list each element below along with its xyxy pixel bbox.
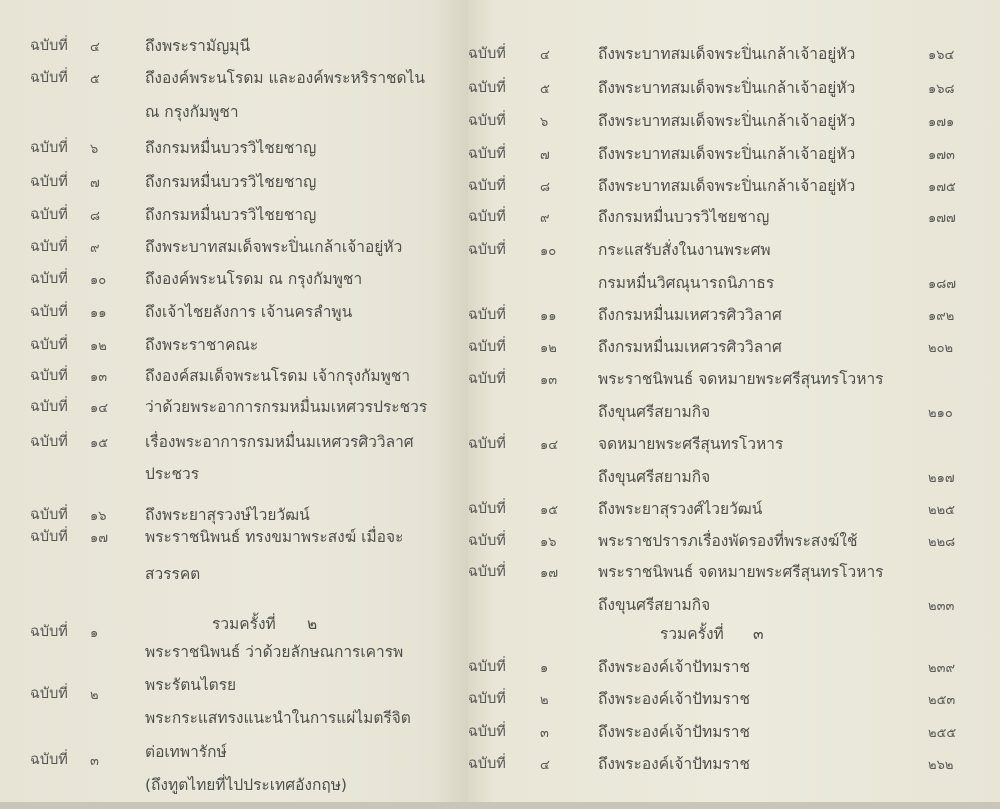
entry-title: จดหมายพระศรีสุนทรโวหาร: [598, 431, 783, 456]
entry-title: ถึงกรมหมื่นบวรวิไชยชาญ: [145, 202, 316, 227]
entry-label: ฉบับที่: [30, 66, 68, 89]
entry-title: ถึงพระองค์เจ้าปัทมราช: [598, 751, 750, 776]
entry-page-number: ๑๗๓: [928, 144, 955, 165]
entry-title: กระแสรับสั่งในงานพระศพ: [598, 237, 771, 262]
entry-title: ถึงพระบาทสมเด็จพระปิ่นเกล้าเจ้าอยู่หัว: [598, 173, 855, 198]
entry-label: ฉบับที่: [30, 364, 68, 387]
entry-number: ๖: [540, 111, 548, 132]
entry-page-number: ๑๖๘: [928, 78, 955, 99]
entry-number: ๑๗: [540, 562, 558, 583]
entry-label: ฉบับที่: [30, 682, 68, 705]
entry-label: ฉบับที่: [30, 525, 68, 548]
entry-title-continued: ประชวร: [145, 461, 199, 486]
entry-title: ถึงพระราชาคณะ: [145, 332, 258, 357]
entry-number: ๕: [90, 68, 100, 89]
entry-title: ถึงพระบาทสมเด็จพระปิ่นเกล้าเจ้าอยู่หัว: [598, 108, 855, 133]
entry-number: ๑๕: [540, 499, 558, 520]
entry-number: ๑: [540, 657, 548, 678]
entry-number: ๑๔: [90, 397, 108, 418]
entry-label: ฉบับที่: [468, 720, 506, 743]
entry-page-number: ๒๐๒: [928, 337, 953, 358]
entry-number: ๑๔: [540, 434, 558, 455]
entry-label: ฉบับที่: [468, 238, 506, 261]
entry-label: ฉบับที่: [468, 560, 506, 583]
entry-title: ถึงพระองค์เจ้าปัทมราช: [598, 686, 750, 711]
entry-number: ๑: [90, 622, 98, 643]
entry-title: พระราชนิพนธ์ จดหมายพระศรีสุนทรโวหาร: [598, 559, 884, 584]
entry-number: ๑๑: [540, 305, 557, 326]
entry-label: ฉบับที่: [30, 430, 68, 453]
entry-title: ถึงพระยาสุรวงศ์ไวยวัฒน์: [598, 496, 762, 521]
entry-page-number: ๑๗๗: [928, 207, 956, 228]
entry-page-number: ๒๓๓: [928, 595, 954, 616]
entry-number: ๗: [90, 172, 100, 193]
entry-label: ฉบับที่: [30, 235, 68, 258]
entry-number: ๓: [540, 722, 549, 743]
entry-title: พระราชนิพนธ์ ว่าด้วยลักษณการเคารพ: [145, 639, 403, 664]
entry-title: ถึงเจ้าไชยลังการ เจ้านครลำพูน: [145, 299, 352, 324]
entry-label: ฉบับที่: [468, 76, 506, 99]
section-number: ๓: [753, 621, 764, 646]
entry-page-number: ๒๑๗: [928, 467, 955, 488]
entry-number: ๑๐: [540, 240, 556, 261]
entry-number: ๙: [540, 207, 550, 228]
entry-number: ๔: [540, 44, 550, 65]
entry-label: ฉบับที่: [30, 34, 68, 57]
entry-label: ฉบับที่: [468, 42, 506, 65]
entry-number: ๗: [540, 144, 550, 165]
section-heading: รวมครั้งที่: [660, 621, 724, 646]
right-page: ฉบับที่๔ถึงพระบาทสมเด็จพระปิ่นเกล้าเจ้าอ…: [468, 0, 1000, 802]
entry-label: ฉบับที่: [468, 205, 506, 228]
entry-title: เรื่องพระอาการกรมหมื่นมเหศวรศิววิลาศ: [145, 429, 414, 454]
entry-label: ฉบับที่: [30, 136, 68, 159]
entry-number: ๑๒: [90, 335, 107, 356]
entry-label: ฉบับที่: [468, 142, 506, 165]
entry-title-continued: สวรรคต: [145, 561, 200, 586]
entry-page-number: ๒๖๒: [928, 754, 953, 775]
entry-label: ฉบับที่: [30, 333, 68, 356]
entry-title: ถึงกรมหมื่นบวรวิไชยชาญ: [145, 169, 316, 194]
entry-title: ถึงพระบาทสมเด็จพระปิ่นเกล้าเจ้าอยู่หัว: [145, 234, 402, 259]
entry-title: ถึงกรมหมื่นบวรวิไชยชาญ: [145, 135, 316, 160]
left-page: ฉบับที่๔ถึงพระรามัญมุนีฉบับที่๕ถึงองค์พร…: [0, 0, 468, 802]
entry-title: ถึงกรมหมื่นมเหศวรศิววิลาศ: [598, 302, 782, 327]
entry-label: ฉบับที่: [468, 432, 506, 455]
entry-label: ฉบับที่: [468, 367, 506, 390]
entry-label: ฉบับที่: [468, 497, 506, 520]
entry-number: ๘: [90, 205, 100, 226]
entry-number: ๕: [540, 78, 550, 99]
entry-page-number: ๑๗๑: [928, 111, 954, 132]
section-heading: รวมครั้งที่: [212, 611, 276, 636]
entry-page-number: ๒๕๕: [928, 722, 956, 743]
entry-number: ๖: [90, 138, 98, 159]
entry-page-number: ๒๓๙: [928, 657, 955, 678]
entry-title: ถึงพระองค์เจ้าปัทมราช: [598, 719, 750, 744]
entry-number: ๑๗: [90, 527, 108, 548]
entry-title: ถึงพระรามัญมุนี: [145, 33, 250, 58]
entry-page-number: ๒๕๓: [928, 689, 955, 710]
entry-title: ถึงองค์พระนโรดม ณ กรุงกัมพูชา: [145, 266, 362, 291]
entry-number: ๑๓: [540, 369, 557, 390]
entry-number: ๑๕: [90, 432, 108, 453]
entry-title-continued: ถึงขุนศรีสยามกิจ: [598, 464, 710, 489]
entry-label: ฉบับที่: [468, 655, 506, 678]
entry-label: ฉบับที่: [30, 395, 68, 418]
entry-title-continued: ถึงขุนศรีสยามกิจ: [598, 592, 710, 617]
entry-number: ๑๖: [90, 505, 107, 526]
entry-title-continued: ถึงขุนศรีสยามกิจ: [598, 399, 710, 424]
entry-title: พระราชนิพนธ์ ทรงขมาพระสงฆ์ เมื่อจะ: [145, 524, 403, 549]
entry-label: ฉบับที่: [468, 752, 506, 775]
entry-label: ฉบับที่: [30, 170, 68, 193]
entry-page-number: ๒๑๐: [928, 402, 953, 423]
entry-number: ๑๖: [540, 531, 557, 552]
entry-title: ถึงพระองค์เจ้าปัทมราช: [598, 654, 750, 679]
entry-title: ถึงกรมหมื่นบวรวิไชยชาญ: [598, 204, 769, 229]
entry-title: พระกระแสทรงแนะนำในการแผ่ไมตรีจิต: [145, 705, 411, 730]
section-number: ๒: [307, 611, 317, 636]
entry-number: ๔: [90, 36, 100, 57]
entry-label: ฉบับที่: [30, 203, 68, 226]
entry-title: ถึงพระบาทสมเด็จพระปิ่นเกล้าเจ้าอยู่หัว: [598, 41, 855, 66]
entry-label: ฉบับที่: [30, 300, 68, 323]
entry-label: ฉบับที่: [468, 687, 506, 710]
entry-number: ๘: [540, 176, 550, 197]
entry-number: ๑๒: [540, 337, 557, 358]
entry-title: ถึงพระบาทสมเด็จพระปิ่นเกล้าเจ้าอยู่หัว: [598, 141, 855, 166]
entry-title: ว่าด้วยพระอาการกรมหมื่นมเหศวรประชวร: [145, 394, 427, 419]
entry-label: ฉบับที่: [30, 748, 68, 771]
entry-label: ฉบับที่: [468, 109, 506, 132]
entry-title: ถึงองค์สมเด็จพระนโรดม เจ้ากรุงกัมพูชา: [145, 363, 410, 388]
entry-title-continued: ต่อเทพารักษ์: [145, 739, 227, 764]
entry-number: ๓: [90, 750, 99, 771]
entry-page-number: ๑๖๔: [928, 44, 954, 65]
entry-title-continued: ณ กรุงกัมพูชา: [145, 99, 239, 124]
entry-label: ฉบับที่: [30, 620, 68, 643]
entry-page-number: ๒๒๕: [928, 499, 955, 520]
entry-page-number: ๑๘๗: [928, 273, 956, 294]
entry-page-number: ๑๙๒: [928, 305, 954, 326]
entry-number: ๒: [90, 684, 99, 705]
entry-title: ถึงกรมหมื่นมเหศวรศิววิลาศ: [598, 334, 782, 359]
entry-page-number: ๑๗๕: [928, 176, 956, 197]
entry-label: ฉบับที่: [468, 303, 506, 326]
entry-title: พระราชปรารภเรื่องพัดรองที่พระสงฆ์ใช้: [598, 528, 858, 553]
entry-title: (ถึงทูตไทยที่ไปประเทศอังกฤษ): [145, 772, 347, 797]
entry-title: ถึงพระบาทสมเด็จพระปิ่นเกล้าเจ้าอยู่หัว: [598, 75, 855, 100]
entry-title: ถึงองค์พระนโรดม และองค์พระหริราชดไน: [145, 65, 425, 90]
page-bottom-edge: [0, 802, 1000, 809]
entry-number: ๔: [540, 754, 550, 775]
entry-number: ๑๑: [90, 302, 107, 323]
entry-label: ฉบับที่: [468, 335, 506, 358]
book-spread: ฉบับที่๔ถึงพระรามัญมุนีฉบับที่๕ถึงองค์พร…: [0, 0, 1000, 802]
entry-number: ๑๐: [90, 269, 106, 290]
entry-label: ฉบับที่: [30, 503, 68, 526]
entry-title-continued: กรมหมื่นวิศณุนารถนิภาธร: [598, 270, 774, 295]
entry-title: พระราชนิพนธ์ จดหมายพระศรีสุนทรโวหาร: [598, 366, 884, 391]
entry-page-number: ๒๒๘: [928, 531, 955, 552]
entry-label: ฉบับที่: [30, 267, 68, 290]
entry-number: ๒: [540, 689, 549, 710]
entry-label: ฉบับที่: [468, 529, 506, 552]
entry-number: ๙: [90, 237, 100, 258]
entry-number: ๑๓: [90, 366, 107, 387]
entry-label: ฉบับที่: [468, 174, 506, 197]
entry-title-continued: พระรัตนไตรย: [145, 672, 236, 697]
